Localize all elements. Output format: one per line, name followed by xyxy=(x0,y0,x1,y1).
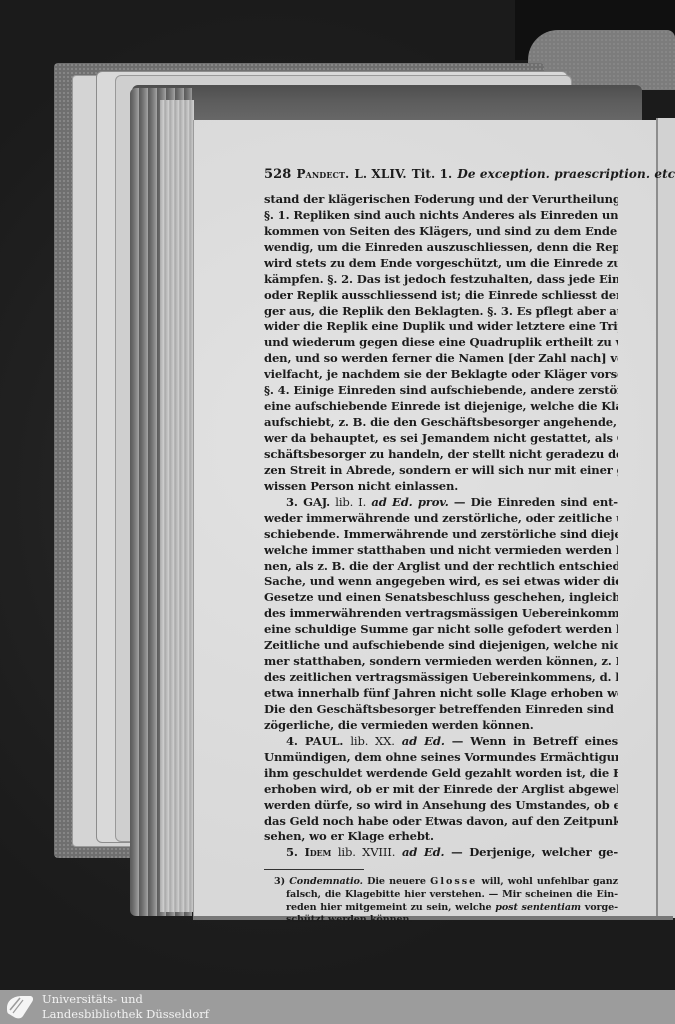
text-line: Die den Geschäftsbesorger betreffenden E… xyxy=(264,702,618,718)
text-line: Die Einreden sind ent- xyxy=(471,495,618,509)
footnote-italic: post sententiam xyxy=(495,902,581,913)
body-text: stand der klägerischen Foderung und der … xyxy=(264,192,618,861)
page-block-side-edge-light xyxy=(160,100,194,912)
section-dash: — xyxy=(451,845,462,859)
text-line: erhoben wird, ob er mit der Einrede der … xyxy=(264,782,618,798)
footnote-text: Die neuere xyxy=(367,876,426,887)
text-line: ger aus, die Replik den Beklagten. §. 3.… xyxy=(264,304,618,320)
footnote-text: will, wohl unfehlbar ganz xyxy=(482,876,618,887)
text-line: wird stets zu dem Ende vorgeschützt, um … xyxy=(264,256,618,272)
footnote-line: 3) Condemnatio. Die neuere Glosse will, … xyxy=(264,876,618,889)
running-head-title-no: Tit. 1. xyxy=(412,167,453,183)
text-line: schäftsbesorger zu handeln, der stellt n… xyxy=(264,447,618,463)
text-line: etwa innerhalb fünf Jahren nicht solle K… xyxy=(264,686,618,702)
section-ref: lib. XVIII. xyxy=(338,845,395,859)
section-number: 5. xyxy=(286,845,298,859)
text-line: und wiederum gegen diese eine Quadruplik… xyxy=(264,335,618,351)
section-dash: — xyxy=(454,495,465,509)
section-author: GAJ. xyxy=(303,495,330,509)
text-line: zen Streit in Abrede, sondern er will si… xyxy=(264,463,618,479)
text-line: aufschiebt, z. B. die den Geschäftsbesor… xyxy=(264,415,618,431)
text-line: nen, als z. B. die der Arglist und der r… xyxy=(264,559,618,575)
text-line: weder immerwährende und zerstörliche, od… xyxy=(264,511,618,527)
section-ref-italic: ad Ed. xyxy=(402,734,445,748)
text-line: kämpfen. §. 2. Das ist jedoch festzuhalt… xyxy=(264,272,618,288)
section-heading-5: 5. Idem lib. XVIII. ad Ed. — Derjenige, … xyxy=(264,845,618,861)
text-line: welche immer statthaben und nicht vermie… xyxy=(264,543,618,559)
text-line: Wenn in Betreff eines xyxy=(470,734,618,748)
facing-page-edge xyxy=(656,118,675,918)
text-line: wendig, um die Einreden auszuschliessen,… xyxy=(264,240,618,256)
section-heading-3: 3. GAJ. lib. I. ad Ed. prov. — Die Einre… xyxy=(264,495,618,511)
footnote-line: falsch, die Klagebitte hier verstehen. —… xyxy=(264,889,618,902)
library-name-line1: Universitäts- und xyxy=(42,992,209,1007)
footnote-rule xyxy=(264,869,364,870)
text-line: §. 4. Einige Einreden sind aufschiebende… xyxy=(264,383,618,399)
text-line: eine aufschiebende Einrede ist diejenige… xyxy=(264,399,618,415)
text-line: §. 1. Repliken sind auch nichts Anderes … xyxy=(264,208,618,224)
footnote-term: Condemnatio. xyxy=(289,876,363,887)
text-line: stand der klägerischen Foderung und der … xyxy=(264,192,618,208)
footnote-line: schützt werden können. xyxy=(264,914,618,927)
text-line: sehen, wo er Klage erhebt. xyxy=(264,829,618,845)
text-line: Derjenige, welcher ge- xyxy=(469,845,618,859)
page-block-top-edge xyxy=(132,85,642,125)
running-head-title: De exception. praescription. etc. xyxy=(457,167,675,183)
text-line: wider die Replik eine Duplik und wider l… xyxy=(264,319,618,335)
running-head: 528 Pandect. L. XLIV. Tit. 1. De excepti… xyxy=(264,167,618,183)
text-line: den, und so werden ferner die Namen [der… xyxy=(264,351,618,367)
section-author: Idem xyxy=(304,845,331,859)
library-name[interactable]: Universitäts- und Landesbibliothek Düsse… xyxy=(42,992,209,1021)
text-line: des zeitlichen vertragsmässigen Ueberein… xyxy=(264,670,618,686)
text-line: des immerwährenden vertragsmässigen Uebe… xyxy=(264,606,618,622)
running-head-book: L. XLIV. xyxy=(354,167,406,183)
footnote-spaced-word: Glosse xyxy=(430,876,477,887)
footnote-text: reden hier mitgemeint zu sein, welche xyxy=(286,902,491,913)
text-line: eine schuldige Summe gar nicht solle gef… xyxy=(264,622,618,638)
section-ref: lib. I. xyxy=(335,495,366,509)
text-line: wer da behauptet, es sei Jemandem nicht … xyxy=(264,431,618,447)
text-line: das Geld noch habe oder Etwas davon, auf… xyxy=(264,814,618,830)
library-name-line2: Landesbibliothek Düsseldorf xyxy=(42,1007,209,1022)
book-logo-icon[interactable] xyxy=(4,994,36,1020)
section-ref-italic: ad Ed. prov. xyxy=(371,495,448,509)
footnote: 3) Condemnatio. Die neuere Glosse will, … xyxy=(264,876,618,926)
section-number: 3. xyxy=(286,495,298,509)
text-line: kommen von Seiten des Klägers, und sind … xyxy=(264,224,618,240)
text-line: oder Replik ausschliessend ist; die Einr… xyxy=(264,288,618,304)
footnote-marker: 3) xyxy=(274,876,285,887)
text-line: wissen Person nicht einlassen. xyxy=(264,479,618,495)
page-number: 528 xyxy=(264,167,291,183)
text-line: werden dürfe, so wird in Ansehung des Um… xyxy=(264,798,618,814)
text-line: ihm geschuldet werdende Geld gezahlt wor… xyxy=(264,766,618,782)
text-line: vielfacht, je nachdem sie der Beklagte o… xyxy=(264,367,618,383)
section-dash: — xyxy=(452,734,463,748)
section-author: PAUL. xyxy=(305,734,343,748)
section-heading-4: 4. PAUL. lib. XX. ad Ed. — Wenn in Betre… xyxy=(264,734,618,750)
text-line: zögerliche, die vermieden werden können. xyxy=(264,718,618,734)
footnote-line: reden hier mitgemeint zu sein, welche po… xyxy=(264,902,618,915)
text-line: schiebende. Immerwährende und zerstörlic… xyxy=(264,527,618,543)
page-text-block: 528 Pandect. L. XLIV. Tit. 1. De excepti… xyxy=(264,167,618,927)
text-line: mer statthaben, sondern vermieden werden… xyxy=(264,654,618,670)
text-line: Zeitliche und aufschiebende sind diejeni… xyxy=(264,638,618,654)
section-ref-italic: ad Ed. xyxy=(402,845,445,859)
text-line: Unmündigen, dem ohne seines Vormundes Er… xyxy=(264,750,618,766)
section-number: 4. xyxy=(286,734,298,748)
section-ref: lib. XX. xyxy=(350,734,394,748)
text-line: Sache, und wenn angegeben wird, es sei e… xyxy=(264,574,618,590)
text-line: Gesetze und einen Senatsbeschluss gesche… xyxy=(264,590,618,606)
footnote-text: vorge- xyxy=(585,902,618,913)
running-head-series: Pandect. xyxy=(296,167,349,183)
